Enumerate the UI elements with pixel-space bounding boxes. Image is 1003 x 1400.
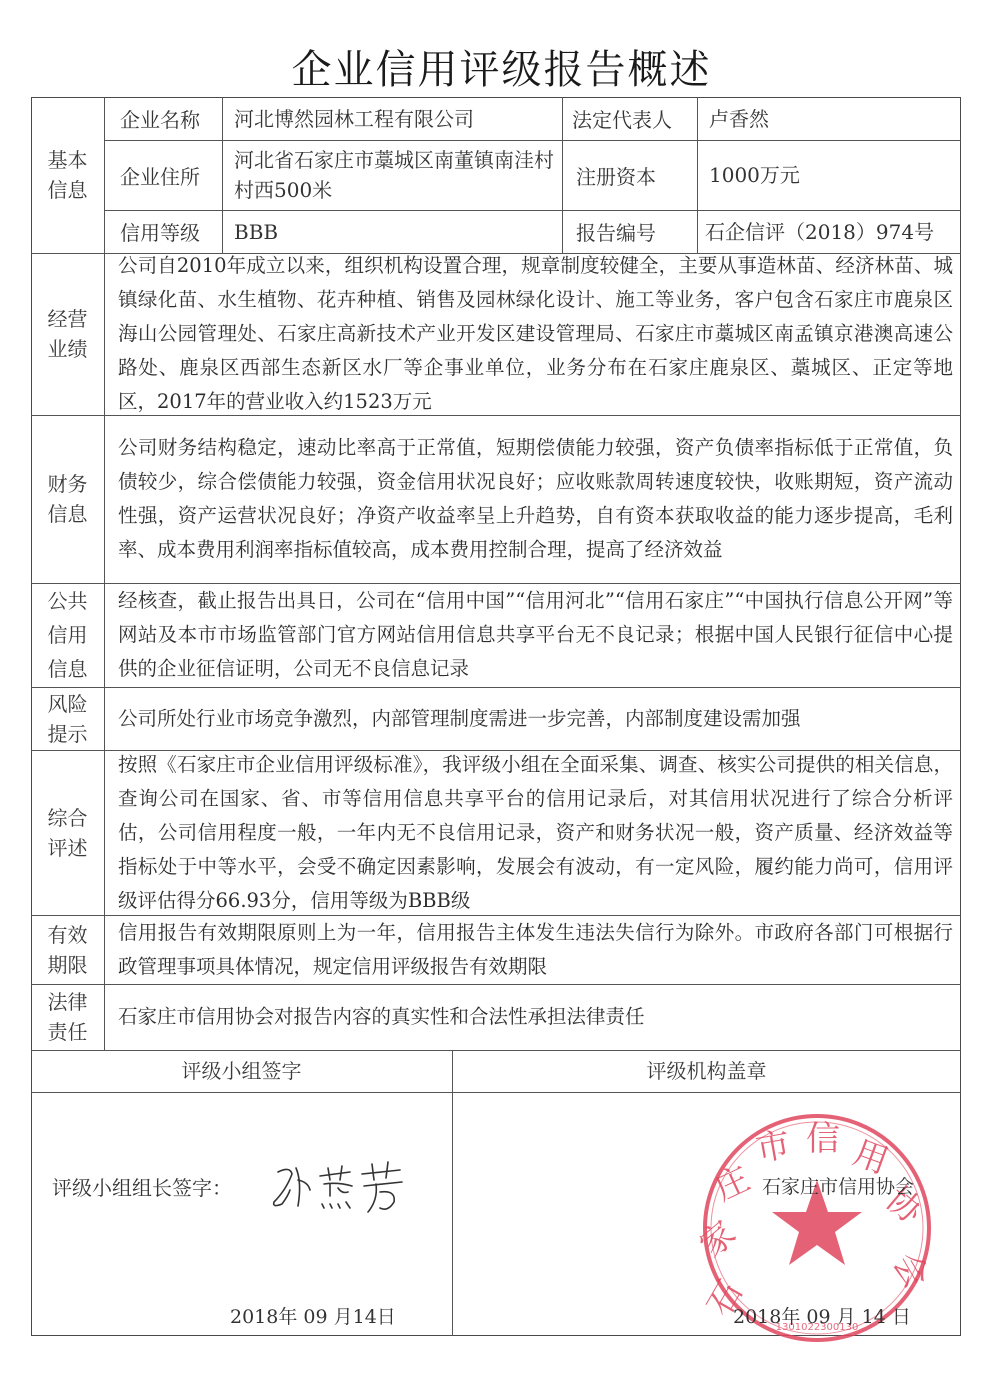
validity-text: 信用报告有效期限原则上为一年，信用报告主体发生违法失信行为除外。市政府各部门可根… [104,915,961,984]
field-label-credit-grade: 信用等级 [104,210,222,253]
svg-text:市: 市 [753,1125,793,1170]
svg-text:庄: 庄 [708,1159,756,1210]
rating-agency-seal-header: 评级机构盖章 [452,1050,961,1092]
section-label-business-performance: 经营 业绩 [31,253,104,415]
section-label-financial-info: 财务 信息 [31,415,104,583]
overall-review-text: 按照《石家庄市企业信用评级标准》，我评级小组在全面采集、调查、核实公司提供的相关… [104,750,961,915]
field-label-address: 企业住所 [104,140,222,210]
handwritten-signature [268,1160,418,1220]
company-name-value: 河北博然园林工程有限公司 [222,97,562,140]
svg-text:会: 会 [885,1246,937,1295]
svg-text:信: 信 [806,1119,840,1159]
section-label-basic-info: 基本 信息 [31,97,104,253]
leader-signature-label: 评级小组组长签字： [52,1172,232,1201]
document-title: 企业信用评级报告概述 [0,38,1003,95]
field-label-legal-rep: 法定代表人 [562,97,697,140]
report-number-value: 石企信评（2018）974号 [697,210,961,253]
legal-liability-text: 石家庄市信用协会对报告内容的真实性和合法性承担法律责任 [104,984,961,1050]
financial-info-text: 公司财务结构稳定，速动比率高于正常值，短期偿债能力较强，资产负债率指标低于正常值… [104,415,961,583]
business-performance-text: 公司自2010年成立以来，组织机构设置合理，规章制度较健全，主要从事造林苗、经济… [104,253,961,415]
divider [452,1050,453,1336]
risk-warning-text: 公司所处行业市场竞争激烈，内部管理制度需进一步完善，内部制度建设需加强 [104,687,961,750]
field-label-registered-capital: 注册资本 [562,140,697,210]
rating-agency-date: 2018年 09 月 14 日 [733,1302,911,1329]
section-label-overall-review: 综合 评述 [31,750,104,915]
field-label-company-name: 企业名称 [104,97,222,140]
credit-grade-value: BBB [222,210,562,253]
rating-team-date: 2018年 09 月14日 [230,1302,396,1329]
public-credit-text: 经核查，截止报告出具日，公司在“信用中国”“信用河北”“信用石家庄”“中国执行信… [104,583,961,687]
rating-team-signature-header: 评级小组签字 [31,1050,452,1092]
section-label-validity: 有效 期限 [31,915,104,984]
section-label-public-credit: 公共 信用 信息 [31,583,104,687]
section-label-legal-liability: 法律 责任 [31,984,104,1050]
field-label-report-number: 报告编号 [562,210,697,253]
registered-capital-value: 1000万元 [697,140,961,210]
address-value: 河北省石家庄市藁城区南董镇南洼村村西500米 [222,140,562,210]
legal-rep-value: 卢香然 [697,97,961,140]
divider [31,1092,961,1093]
rating-agency-name: 石家庄市信用协会 [762,1172,914,1199]
section-label-risk-warning: 风险 提示 [31,687,104,750]
